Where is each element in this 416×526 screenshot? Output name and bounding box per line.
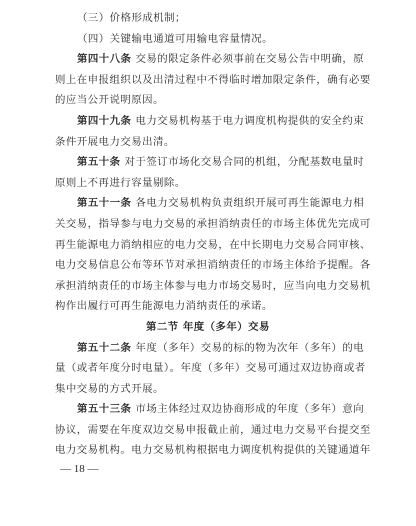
article-number: 第五十二条 — [77, 342, 131, 354]
document-page: （三）价格形成机制； （四）关键输电通道可用输电容量情况。 第四十八条交易的限定… — [55, 8, 361, 461]
article-50-line-2: 原则上不再进行容量剔除。 — [55, 173, 361, 194]
article-number: 第五十三条 — [77, 403, 131, 415]
article-50-line-1: 第五十条对于签订市场化交易合同的机组，分配基数电量时 — [55, 152, 361, 173]
article-text: 交易的限定条件必须事前在交易公告中明确，原 — [135, 53, 364, 65]
article-number: 第四十九条 — [77, 115, 131, 127]
article-52-line-3: 集中交易的方式开展。 — [55, 379, 361, 400]
article-text: 各电力交易机构负责组织开展可再生能源电力相 — [135, 197, 364, 209]
list-item-price-mechanism: （三）价格形成机制； — [55, 8, 361, 29]
page-number: — 18 — — [60, 461, 99, 477]
article-53-line-1: 第五十三条市场主体经过双边协商形成的年度（多年）意向 — [55, 399, 361, 420]
article-number: 第五十条 — [77, 156, 121, 168]
article-52-line-2: 量（或者年度分时电量）。年度（多年）交易可通过双边协商或者 — [55, 358, 361, 379]
article-number: 第四十八条 — [77, 53, 131, 65]
article-51-line-3: 再生能源电力消纳相应的电力交易，在中长期电力交易合同审核、 — [55, 235, 361, 256]
article-text: 电力交易机构基于电力调度机构提供的安全约束 — [135, 115, 364, 127]
section-heading: 第二节 年度（多年）交易 — [55, 317, 361, 338]
article-48-line-1: 第四十八条交易的限定条件必须事前在交易公告中明确，原 — [55, 49, 361, 70]
article-53-line-3: 电力交易机构。电力交易机构根据电力调度机构提供的关键通道年 — [55, 440, 361, 461]
article-48-line-3: 的应当公开说明原因。 — [55, 90, 361, 111]
list-item-transmission-capacity: （四）关键输电通道可用输电容量情况。 — [55, 29, 361, 50]
article-51-line-6: 构作出履行可再生能源电力消纳责任的承诺。 — [55, 296, 361, 317]
article-text: 市场主体经过双边协商形成的年度（多年）意向 — [135, 403, 364, 415]
article-48-line-2: 则上在申报组织以及出清过程中不得临时增加限定条件，确有必要 — [55, 70, 361, 91]
article-53-line-2: 协议，需要在年度双边交易申报截止前，通过电力交易平台提交至 — [55, 420, 361, 441]
article-51-line-1: 第五十一条各电力交易机构负责组织开展可再生能源电力相 — [55, 193, 361, 214]
article-number: 第五十一条 — [77, 197, 131, 209]
article-text: 年度（多年）交易的标的物为次年（多年）的电 — [135, 342, 364, 354]
article-text: 对于签订市场化交易合同的机组，分配基数电量时 — [125, 156, 365, 168]
article-49-line-2: 条件开展电力交易出清。 — [55, 132, 361, 153]
article-49-line-1: 第四十九条电力交易机构基于电力调度机构提供的安全约束 — [55, 111, 361, 132]
article-51-line-2: 关交易，指导参与电力交易的承担消纳责任的市场主体优先完成可 — [55, 214, 361, 235]
article-51-line-5: 承担消纳责任的市场主体参与电力市场交易时，应当向电力交易机 — [55, 276, 361, 297]
article-52-line-1: 第五十二条年度（多年）交易的标的物为次年（多年）的电 — [55, 338, 361, 359]
article-51-line-4: 电力交易信息公布等环节对承担消纳责任的市场主体给予提醒。各 — [55, 255, 361, 276]
